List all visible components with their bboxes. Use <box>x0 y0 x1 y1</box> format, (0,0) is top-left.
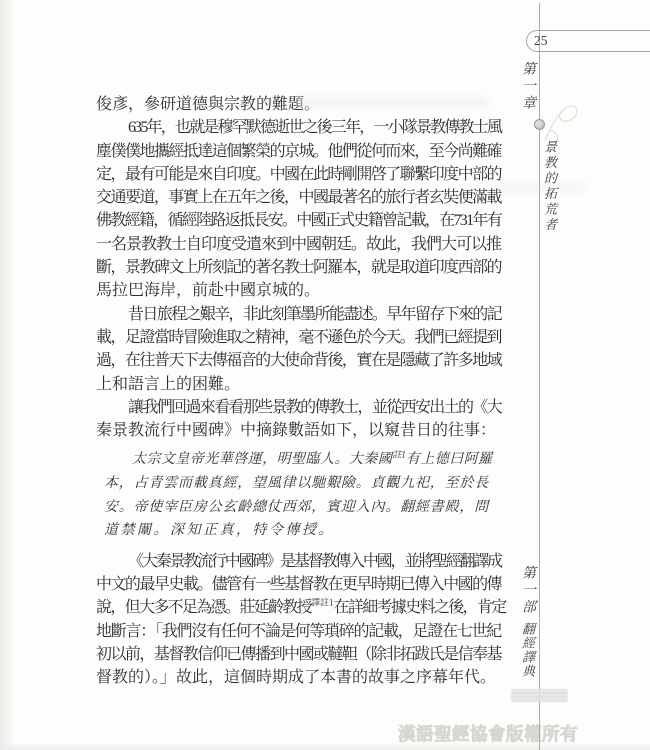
scan-smudge <box>298 97 488 108</box>
page-number: 25 <box>534 31 548 51</box>
text-line: 載，足證當時冒險進取之精神，毫不遜色於今天。我們已經提到 <box>96 326 501 349</box>
text-line: 秦景教流行中國碑》中摘錄數語如下，以窺昔日的往事： <box>96 419 501 442</box>
text-line: 斷，景教碑文上所刻記的著名教士阿羅本，就是取道印度西部的 <box>96 256 501 279</box>
text-line: 馬拉巴海岸，前赴中國京城的。 <box>96 279 501 302</box>
text-line: 說，但大多不足為憑。莊延齡教授譯註1在詳細考據史料之後，肯定 <box>96 596 501 619</box>
text-line: 一名景教教士自印度受遣來到中國朝廷。故此，我們大可以推 <box>96 233 501 256</box>
text-line: 督教的）。」故此，這個時期成了本書的故事之序幕年代。 <box>96 666 501 689</box>
copyright-watermark: 漢語聖經協會版權所有 <box>398 721 578 746</box>
page-edge-left <box>0 0 14 750</box>
chapter-title-label: 景教的拓荒者 <box>540 140 559 233</box>
part-number-label: 第一部 <box>517 565 537 616</box>
footnote-marker: 譯註1 <box>311 598 334 608</box>
text-line: 塵僕僕地攜經抵達這個繁榮的京城。他們從何而來，至今尚難確 <box>96 140 501 163</box>
text-line: 635年，也就是穆罕默德逝世之後三年，一小隊景教傳教士風 <box>96 116 501 139</box>
paragraph: 635年，也就是穆罕默德逝世之後三年，一小隊景教傳教士風塵僕僕地攜經抵達這個繁榮… <box>96 116 501 302</box>
paragraph: 《大秦景教流行中國碑》是基督教傳入中國，並將聖經翻譯成中文的最早史載。儘管有一些… <box>96 550 501 690</box>
text-line: 中文的最早史載。儘管有一些基督教在更早時期已傳入中國的傳 <box>96 573 501 596</box>
text-line: 地斷言：「我們沒有任何不論是何等瑣碎的記載，足證在七世紀 <box>96 620 501 643</box>
text-line: 定，最有可能是來自印度。中國在此時剛開啓了聯繫印度中部的 <box>96 163 501 186</box>
text-line: 《大秦景教流行中國碑》是基督教傳入中國，並將聖經翻譯成 <box>96 550 501 573</box>
quote-block: 太宗文皇帝光華啓運，明聖臨人。大秦國註1有上德曰阿羅本，占青雲而載真經，望風律以… <box>104 448 489 542</box>
paragraph: 讓我們回過來看看那些景教的傳教士，並從西安出土的《大秦景教流行中國碑》中摘錄數語… <box>96 396 501 443</box>
text-line: 上和語言上的困難。 <box>96 373 501 396</box>
text-line: 讓我們回過來看看那些景教的傳教士，並從西安出土的《大 <box>96 396 501 419</box>
chapter-number-label: 第一章 <box>517 61 537 112</box>
text-line: 本，占青雲而載真經，望風律以馳艱險。貞觀九祀，至於長 <box>104 472 489 496</box>
text-line: 太宗文皇帝光華啓運，明聖臨人。大秦國註1有上德曰阿羅 <box>104 448 489 472</box>
margin-rule <box>539 3 540 750</box>
text-column: 俊彥，參研道德與宗教的難題。635年，也就是穆罕默德逝世之後三年，一小隊景教傳教… <box>96 93 501 690</box>
text-line: 初以前，基督教信仰已傳播到中國或韃靼（除非拓跋氏是信奉基 <box>96 643 501 666</box>
part-title-label: 翻經譯典 <box>518 622 537 678</box>
scan-artifact-box <box>511 689 568 702</box>
text-line: 過，在往普天下去傳福音的大使命背後，實在是隱藏了許多地域 <box>96 349 501 372</box>
text-line: 安。帝使宰臣房公玄齡總仗西郊，賓迎入內。翻經書殿，問 <box>104 496 489 520</box>
section-divider-dot-icon <box>534 119 545 130</box>
text-line: 昔日旅程之艱辛，非此刻筆墨所能盡述。早年留存下來的記 <box>96 303 501 326</box>
text-line: 佛教經籍，循經陸路返抵長安。中國正式史籍曾記載，在731年有 <box>96 209 501 232</box>
paragraph: 昔日旅程之艱辛，非此刻筆墨所能盡述。早年留存下來的記載，足證當時冒險進取之精神，… <box>96 303 501 396</box>
text-line: 交通要道，事實上在五年之後，中國最著名的旅行者玄奘便滿載 <box>96 186 501 209</box>
page-number-capsule: 25 <box>526 30 650 52</box>
footnote-marker: 註1 <box>392 450 406 460</box>
text-line: 道禁闈。深知正真，特令傳授。 <box>104 519 489 543</box>
